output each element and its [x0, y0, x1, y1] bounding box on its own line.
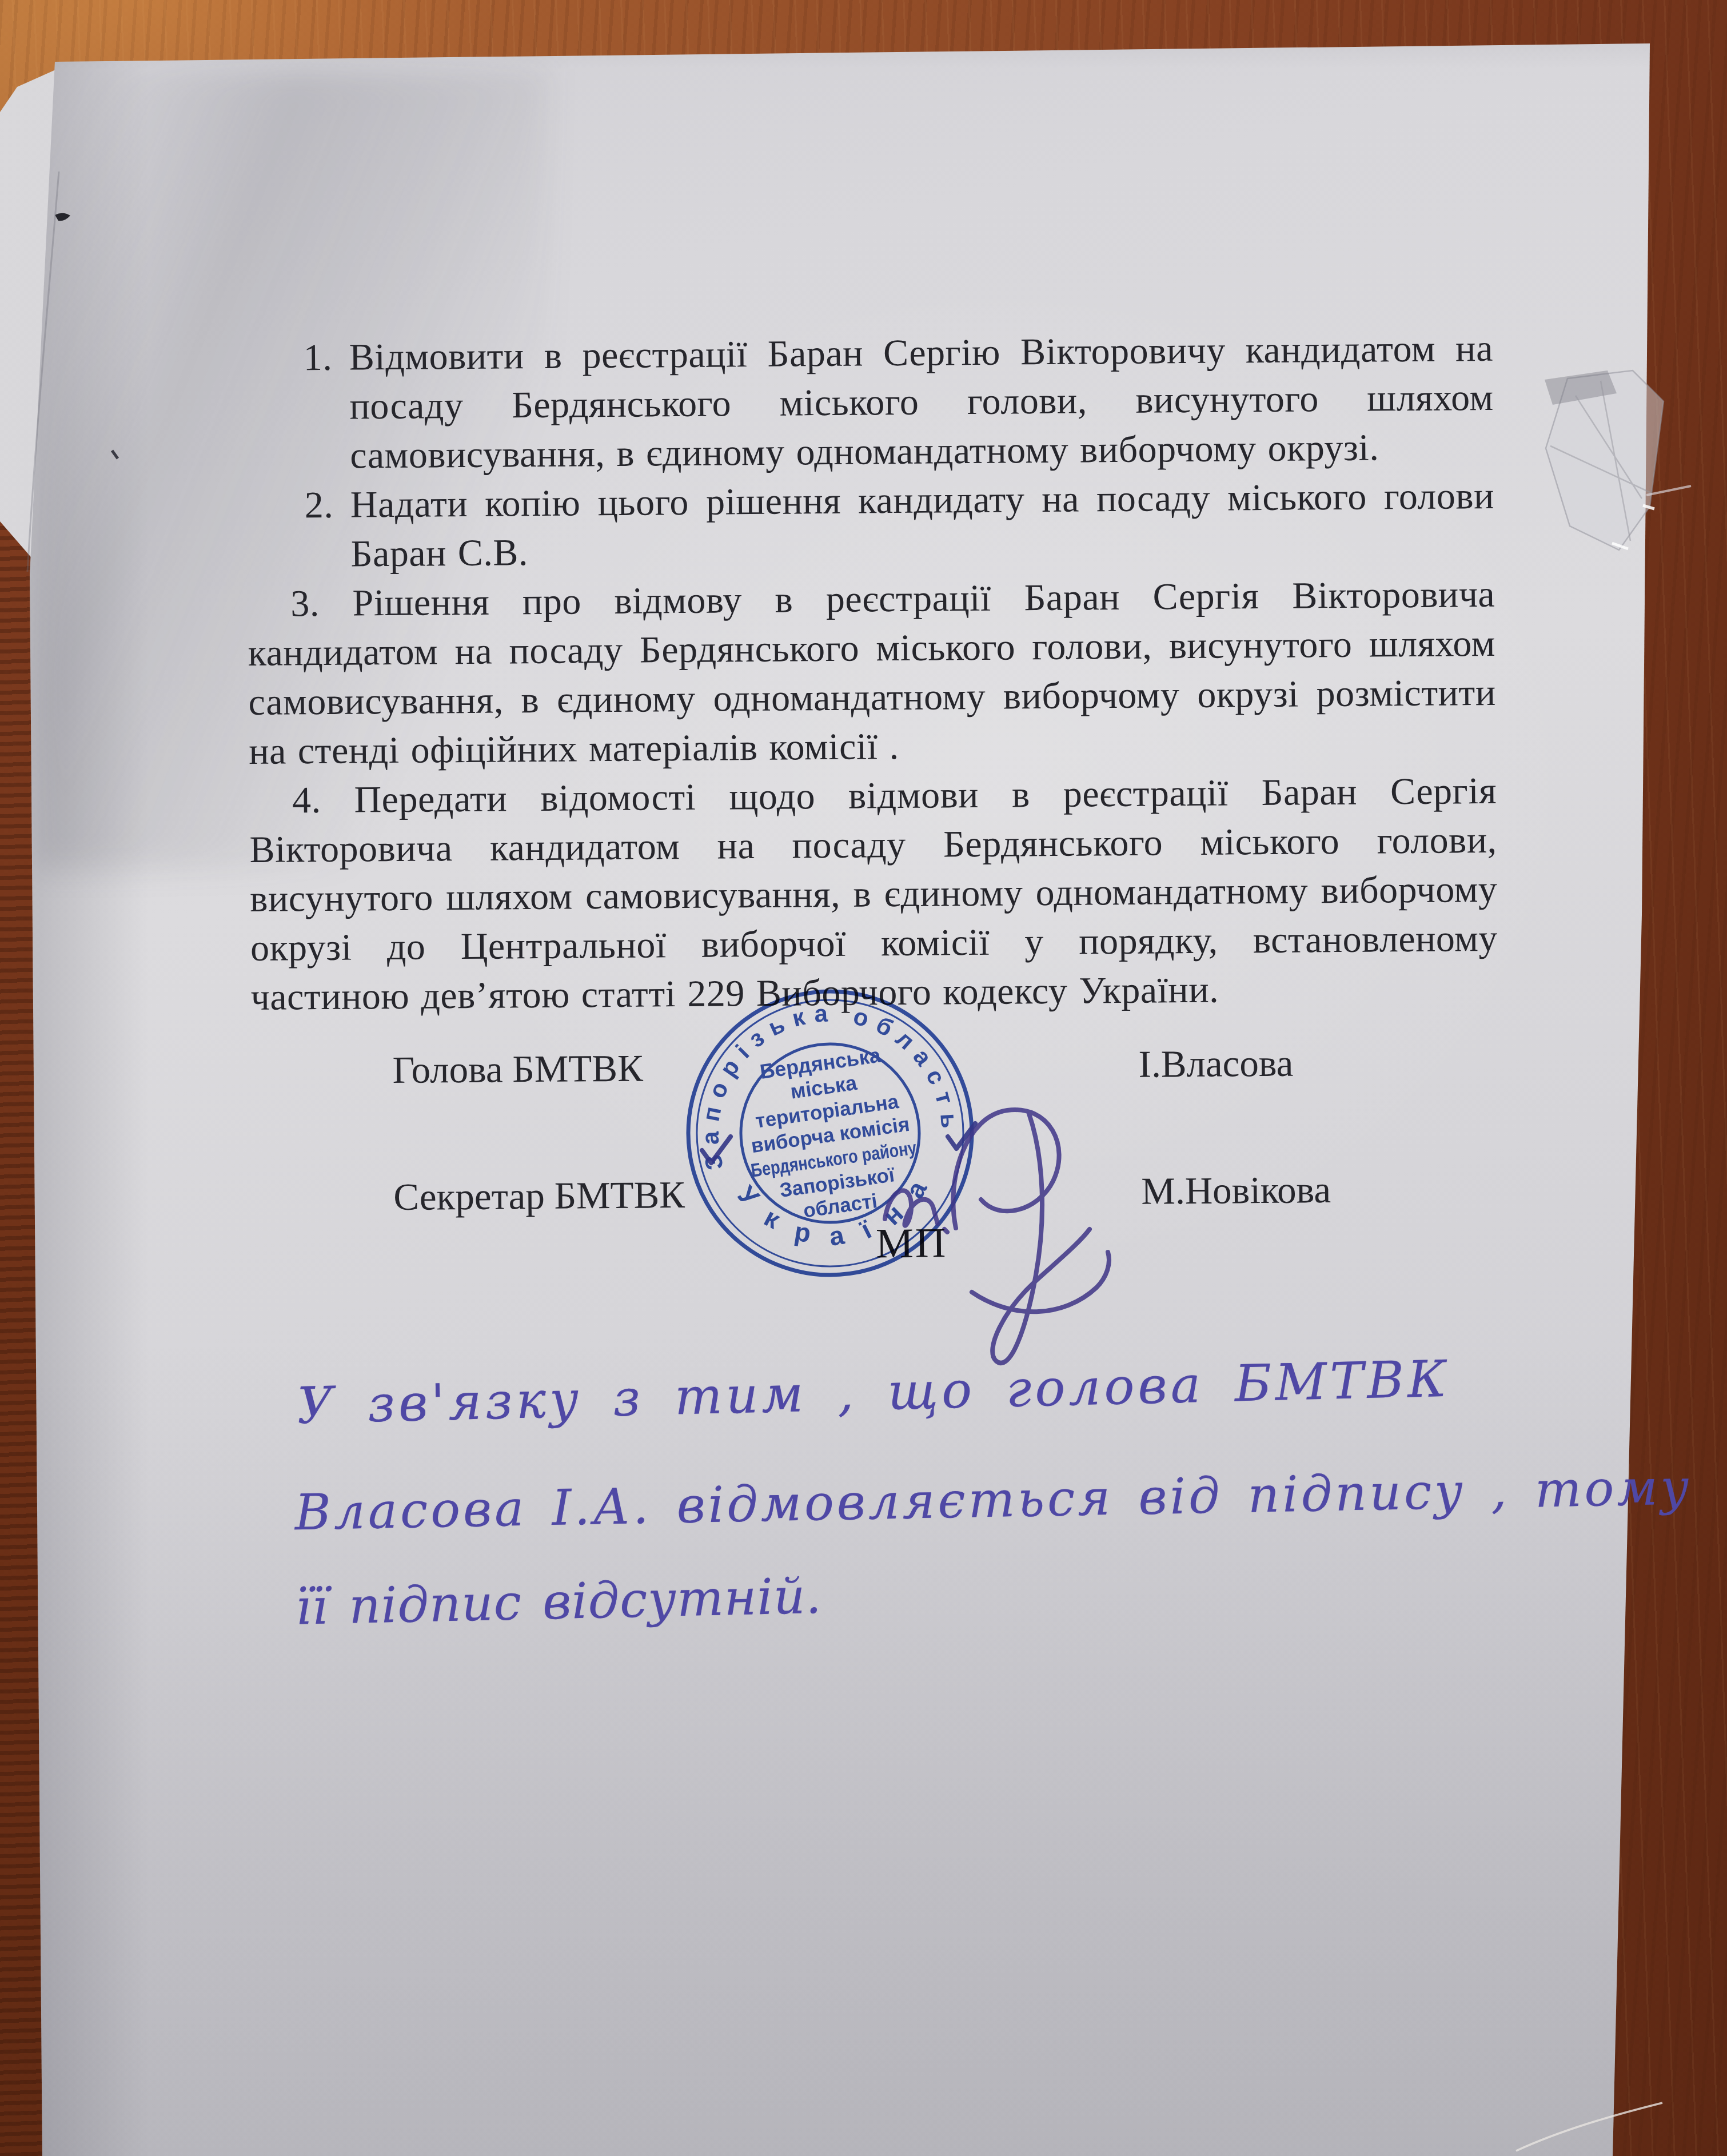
- photo-of-document: 1. Відмовити в реєстрації Баран Сергію В…: [0, 0, 1727, 2156]
- ink-layer: Запорізька область Україна Бердянська мі…: [0, 0, 1727, 2156]
- round-stamp: Запорізька область Україна Бердянська мі…: [670, 973, 990, 1293]
